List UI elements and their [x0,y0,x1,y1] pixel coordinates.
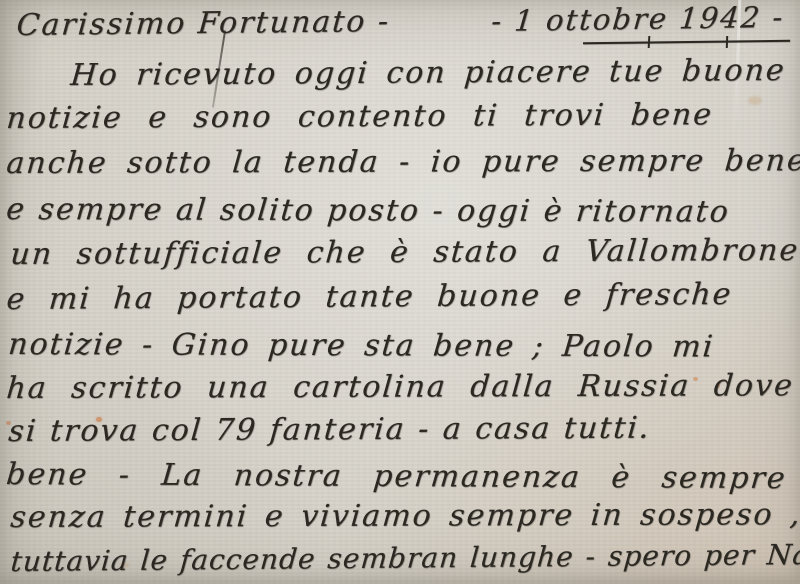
letter-date: - 1 ottobre 1942 - [490,0,786,38]
handwriting-line: Ho ricevuto oggi con piacere tue buone [69,53,787,93]
date-underline [583,40,790,45]
handwriting-line: ha scritto una cartolina dalla Russia do… [5,368,795,406]
handwriting-line: notizie - Gino pure sta bene ; Paolo mi [7,327,716,364]
handwriting-line: si trova col 79 fanteria - a casa tutti. [7,411,652,449]
handwriting-line: notizie e sono contento ti trovi bene [5,97,714,136]
age-stain [748,96,762,105]
date-underline-tick [648,36,651,48]
handwriting-line: anche sotto la tenda - io pure sempre be… [5,143,800,181]
postcard-scan: Carissimo Fortunato - - 1 ottobre 1942 -… [0,0,800,584]
salutation: Carissimo Fortunato - [15,4,391,43]
handwriting-line: e mi ha portato tante buone e fresche [5,277,734,317]
handwriting-line: e sempre al solito posto - oggi è ritorn… [5,192,732,230]
date-underline-tick [726,36,728,48]
handwriting-line: bene - La nostra permanenza è sempre [5,457,789,496]
handwriting-line: senza termini e viviamo sempre in sospes… [9,497,800,535]
handwriting-line: un sottufficiale che è stato a Vallombro… [9,233,800,272]
handwriting-line: tuttavia le faccende sembran lunghe - sp… [9,538,800,578]
